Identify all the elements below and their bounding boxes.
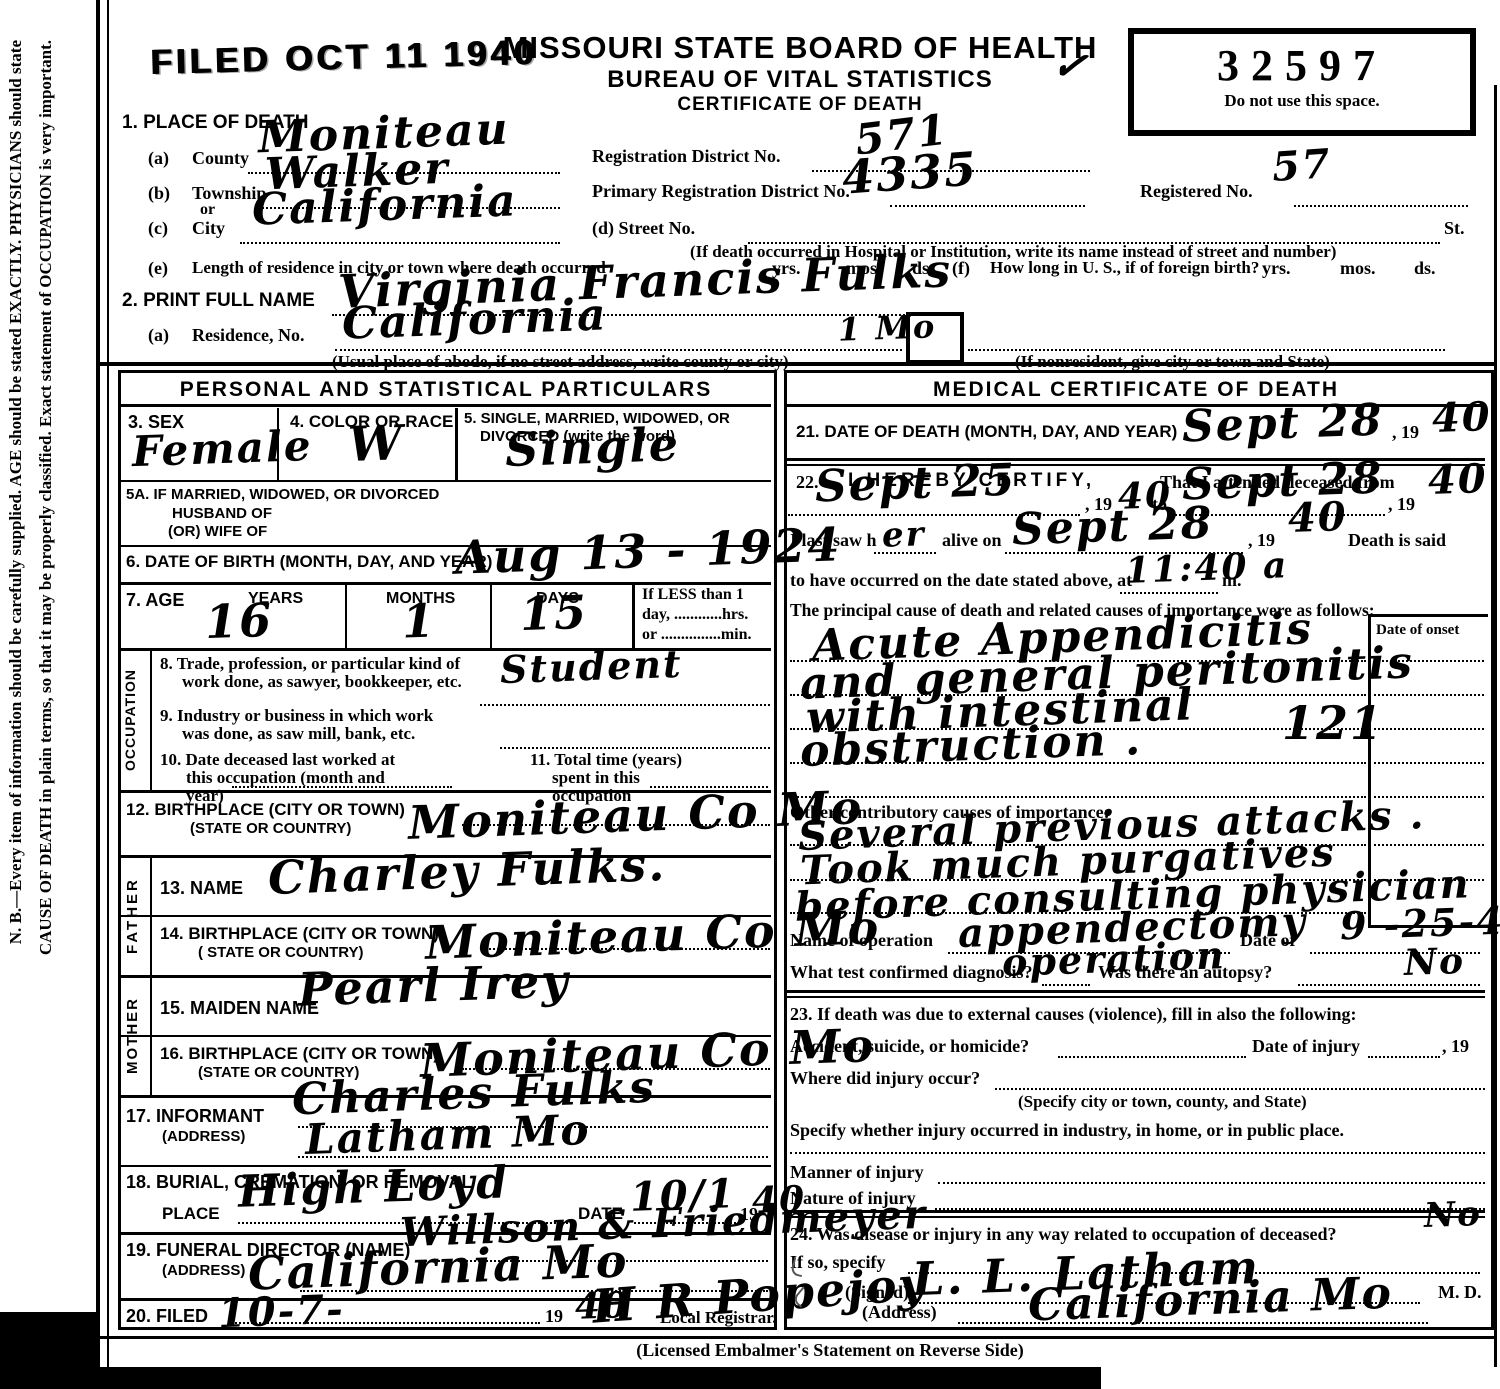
- md-label: M. D.: [1438, 1282, 1482, 1303]
- where-injury-label: Where did injury occur?: [790, 1068, 980, 1089]
- test-confirmed-label: What test confirmed diagnosis?: [790, 962, 1033, 983]
- wife-of-label: (OR) WIFE OF: [168, 523, 267, 540]
- age-months-value: 1: [401, 597, 437, 644]
- bureau-subtitle: BUREAU OF VITAL STATISTICS: [490, 66, 1110, 94]
- occ11-label1: 11. Total time (years): [530, 750, 682, 770]
- dotted-line: [1042, 984, 1090, 986]
- occ10-label1: 10. Date deceased last worked at: [160, 750, 395, 770]
- residence-value: California: [341, 293, 608, 346]
- embalmer-note: (Licensed Embalmer's Statement on Revers…: [480, 1340, 1180, 1361]
- father-birthplace-label: 14. BIRTHPLACE (CITY OR TOWN): [160, 924, 439, 944]
- dotted-line: [938, 1182, 1485, 1184]
- cause-of-death-line4: obstruction .: [799, 718, 1143, 774]
- informant-label: 17. INFORMANT: [126, 1106, 264, 1127]
- sex-value: Female: [131, 425, 313, 473]
- marital-value: Single: [504, 421, 681, 473]
- scan-edge-line: [107, 0, 109, 1367]
- occupation-related-value: No: [1423, 1197, 1482, 1233]
- manner-of-injury-label: Manner of injury: [790, 1162, 924, 1183]
- cell-divider: [345, 585, 347, 648]
- death-certificate-scan: N. B.—Every item of information should b…: [0, 0, 1500, 1389]
- scan-corner-bar: [0, 1312, 96, 1389]
- dotted-line: [1298, 984, 1480, 986]
- cell-divider: [150, 651, 152, 790]
- father-birthplace-label2: ( STATE OR COUNTRY): [198, 944, 364, 961]
- certificate-subtitle: CERTIFICATE OF DEATH: [490, 94, 1110, 116]
- birthplace12-label2: (STATE OR COUNTRY): [190, 820, 351, 837]
- informant-address-label: (ADDRESS): [162, 1128, 245, 1145]
- less-than-label1: If LESS than 1: [642, 586, 744, 604]
- father-side-label: FATHER: [124, 860, 141, 972]
- rule: [121, 480, 771, 482]
- birthplace12-label: 12. BIRTHPLACE (CITY OR TOWN): [126, 800, 405, 820]
- informant-address-value: Latham Mo: [304, 1109, 591, 1161]
- burial-place-label: PLACE: [162, 1204, 220, 1224]
- dotted-line: [1058, 1056, 1246, 1058]
- dotted-line: [1374, 844, 1484, 846]
- rule: [787, 1216, 1485, 1218]
- mother-side-label: MOTHER: [124, 980, 141, 1092]
- husband-of-label: HUSBAND OF: [172, 505, 272, 522]
- dotted-line: [240, 242, 560, 244]
- nonresident-box: [906, 312, 964, 364]
- margin-note-line2: CAUSE OF DEATH in plain terms, so that i…: [36, 40, 56, 955]
- father-name-label: 13. NAME: [160, 878, 243, 899]
- certificate-number-box: 32597 Do not use this space.: [1128, 28, 1476, 136]
- scan-edge-line: [1494, 85, 1497, 1367]
- cell-divider: [490, 585, 492, 648]
- date-of-death-label: 21. DATE OF DEATH (MONTH, DAY, AND YEAR): [796, 422, 1177, 442]
- ds-label: ds.: [1414, 258, 1436, 279]
- dotted-line: [968, 349, 1445, 351]
- scan-bottom-bar: [96, 1367, 1101, 1389]
- dotted-line: [335, 349, 902, 351]
- filed-year-prefix: 19: [545, 1306, 563, 1327]
- item-a-label: (a): [148, 325, 169, 346]
- age-label: 7. AGE: [126, 590, 184, 611]
- occ9-label2: was done, as saw mill, bank, etc.: [182, 724, 415, 744]
- rule: [787, 996, 1485, 998]
- date-of-birth-label: 6. DATE OF BIRTH (MONTH, DAY, AND YEAR): [126, 552, 492, 572]
- maiden-name-label: 15. MAIDEN NAME: [160, 998, 319, 1019]
- age-days-value: 15: [519, 589, 589, 637]
- primary-district-value: 4335: [841, 145, 980, 200]
- less-than-label2: day, ............hrs.: [642, 606, 748, 624]
- occ8-label1: 8. Trade, profession, or particular kind…: [160, 654, 460, 674]
- signed-label: (Signed): [845, 1282, 909, 1303]
- cell-divider: [150, 978, 152, 1095]
- cell-divider: [455, 408, 458, 480]
- cause-code-value: 121: [1282, 700, 1384, 746]
- last-saw-her-value: er: [881, 517, 926, 552]
- dotted-line: [1374, 694, 1484, 696]
- rule: [121, 582, 771, 585]
- item-a-label: (a): [148, 148, 169, 169]
- dotted-line: [1294, 205, 1468, 207]
- filed-date-stamp: FILED OCT 11 1940: [150, 33, 538, 83]
- local-registrar-label: Local Registrar.: [660, 1308, 776, 1328]
- cell-divider: [632, 585, 635, 648]
- item-c-label: (c): [148, 218, 168, 239]
- dotted-line: [480, 704, 770, 706]
- scan-edge-line: [96, 0, 100, 1389]
- physician-address-value: California Mo: [1027, 1272, 1393, 1329]
- mother-birthplace-label: 16. BIRTHPLACE (CITY OR TOWN): [160, 1044, 439, 1064]
- dotted-line: [995, 1088, 1485, 1090]
- occurred-at-label: to have occurred on the date stated abov…: [790, 570, 1132, 591]
- personal-title: PERSONAL AND STATISTICAL PARTICULARS: [121, 378, 771, 402]
- date-of-onset-label: Date of onset: [1376, 622, 1459, 639]
- attended-from-value: Sept 25: [814, 458, 1017, 509]
- specify-whether-label: Specify whether injury occurred in indus…: [790, 1120, 1344, 1141]
- city-value: California: [251, 179, 518, 232]
- date-of-death-value: Sept 28: [1181, 398, 1384, 449]
- specify-city-note: (Specify city or town, county, and State…: [1018, 1092, 1307, 1112]
- rule: [787, 990, 1485, 993]
- registration-district-label: Registration District No.: [592, 146, 780, 167]
- last-saw-year: 40: [1287, 497, 1348, 539]
- occupation-value: Student: [499, 645, 683, 689]
- occupation-side-label: OCCUPATION: [122, 652, 138, 788]
- cell-divider: [150, 858, 152, 975]
- street-no-label: (d) Street No.: [592, 218, 695, 239]
- race-value: W: [347, 419, 405, 469]
- rule: [96, 1336, 1494, 1339]
- nature-of-injury-label: Nature of injury: [790, 1188, 916, 1209]
- date-of-birth-value: Aug 13 - 1924: [454, 521, 842, 580]
- death-is-said-label: Death is said: [1348, 530, 1446, 551]
- accident-label: Accident, suicide, or homicide?: [790, 1036, 1029, 1057]
- operation-date-value: 9 -25-40: [1339, 901, 1500, 946]
- date-of-death-year: 40: [1431, 397, 1492, 439]
- year-prefix: , 19: [1388, 494, 1415, 515]
- city-label: City: [192, 218, 225, 239]
- dotted-line: [874, 552, 936, 554]
- operation-name-label: Name of operation: [790, 930, 933, 951]
- autopsy-label: Was there an autopsy?: [1098, 962, 1272, 983]
- item-e-label: (e): [148, 258, 168, 279]
- am-label: m.: [1222, 570, 1242, 591]
- dotted-line: [232, 786, 452, 788]
- occ8-label2: work done, as sawyer, bookkeeper, etc.: [182, 672, 462, 692]
- dotted-line: [500, 747, 770, 749]
- rule: [121, 404, 771, 407]
- do-not-use-note: Do not use this space.: [1134, 91, 1470, 111]
- print-full-name-label: 2. PRINT FULL NAME: [122, 290, 315, 312]
- occ9-label1: 9. Industry or business in which work: [160, 706, 433, 726]
- certificate-number: 32597: [1134, 40, 1470, 91]
- or-label: or: [200, 201, 215, 219]
- filed-label: 20. FILED: [126, 1306, 208, 1327]
- check-mark: ✓: [1049, 43, 1092, 90]
- father-name-value: Charley Fulks.: [267, 841, 667, 901]
- dotted-line: [890, 205, 1085, 207]
- attended-to-year: 40: [1427, 459, 1488, 501]
- dotted-line: [1374, 762, 1484, 764]
- dotted-line: [1374, 728, 1484, 730]
- rule: [787, 1210, 1485, 1213]
- street-suffix-label: St.: [1444, 218, 1465, 239]
- year-prefix: , 19: [1392, 422, 1419, 443]
- alive-on-label: alive on: [942, 530, 1002, 551]
- autopsy-value: No: [1403, 943, 1465, 981]
- occ11-label2: spent in this: [552, 768, 640, 788]
- board-title: MISSOURI STATE BOARD OF HEALTH: [490, 30, 1110, 66]
- operation-date-label: Date of: [1240, 930, 1295, 951]
- item-23-label: 23. If death was due to external causes …: [790, 1004, 1356, 1025]
- last-saw-date-value: Sept 28: [1011, 501, 1214, 552]
- filed-date-value: 10-7-: [217, 1290, 345, 1334]
- registered-no-label: Registered No.: [1140, 181, 1253, 202]
- margin-note-line1: N. B.—Every item of information should b…: [6, 40, 26, 944]
- physician-address-label: (Address): [862, 1302, 937, 1323]
- item-f-label: (f): [952, 258, 970, 279]
- age-years-value: 16: [204, 597, 274, 645]
- dotted-line: [1120, 592, 1218, 594]
- time-of-death-value: 11:40 a: [1124, 547, 1289, 589]
- maiden-name-value: Pearl Irey: [297, 957, 570, 1012]
- dotted-line: [1368, 1056, 1440, 1058]
- funeral-director-address-label: (ADDRESS): [162, 1262, 245, 1279]
- last-saw-label: I last saw h: [790, 530, 877, 551]
- dotted-line: [935, 1208, 1485, 1210]
- county-label: County: [192, 148, 249, 169]
- yrs-label: yrs.: [1262, 258, 1291, 279]
- injury-year-prefix: , 19: [1442, 1036, 1469, 1057]
- foreign-birth-label: How long in U. S., if of foreign birth?: [990, 258, 1259, 278]
- residence-label: Residence, No.: [192, 325, 304, 346]
- mos-label: mos.: [1340, 258, 1376, 279]
- item-b-label: (b): [148, 183, 170, 204]
- occ10-label2: this occupation (month and: [186, 768, 385, 788]
- dotted-line: [790, 1152, 1485, 1154]
- primary-district-label: Primary Registration District No.: [592, 181, 850, 202]
- section-divider: [96, 362, 1494, 366]
- registered-no-value: 57: [1271, 144, 1333, 188]
- if-married-label: 5A. IF MARRIED, WIDOWED, OR DIVORCED: [126, 486, 439, 503]
- date-of-injury-label: Date of injury: [1252, 1036, 1360, 1057]
